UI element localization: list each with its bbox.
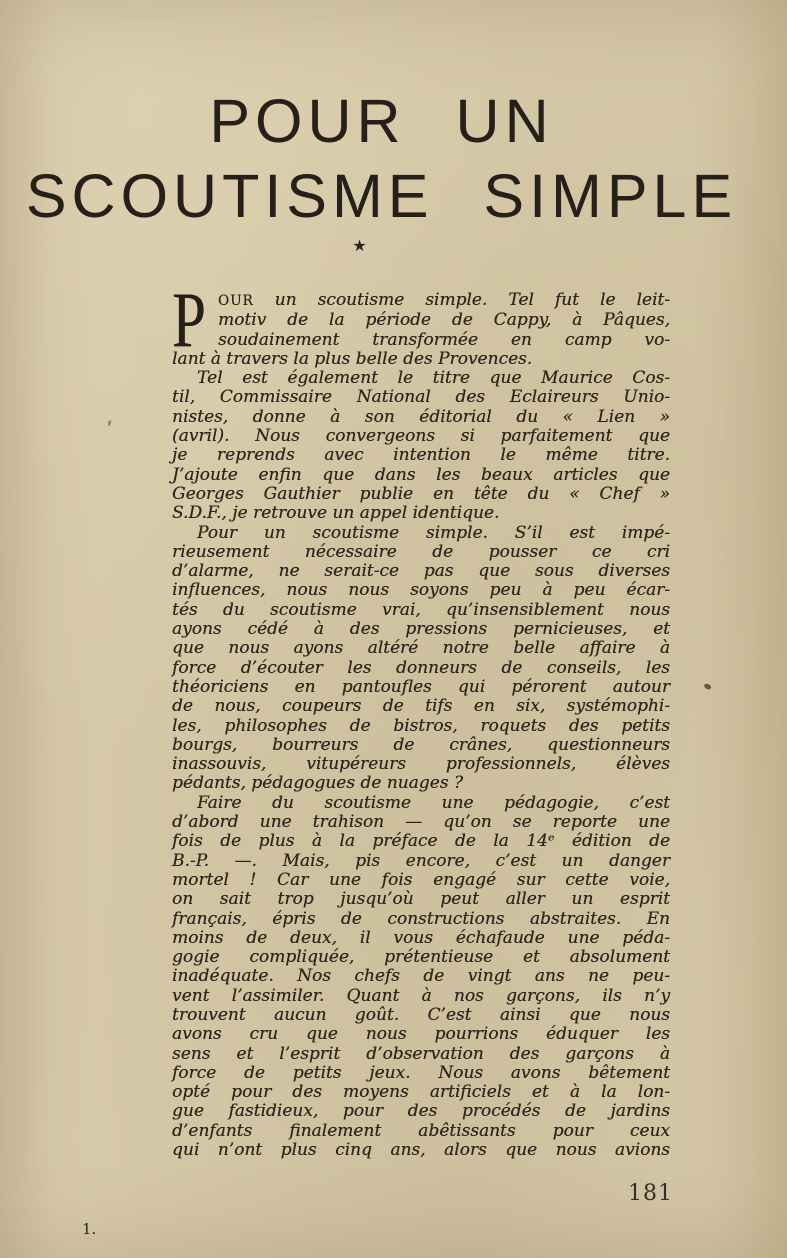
text-line: fois de plus à la préface de la 14ᵉ édit… bbox=[172, 832, 670, 851]
text-line: inassouvis, vitupéreurs professionnels, … bbox=[172, 755, 670, 774]
text-line: motiv de la période de Cappy, à Pâques, bbox=[172, 311, 670, 330]
text-line: on sait trop jusqu’où peut aller un espr… bbox=[172, 890, 670, 909]
text-line: trouvent aucun goût. C’est ainsi que nou… bbox=[172, 1006, 670, 1025]
paragraph: Pour un scoutisme simple. Tel fut le lei… bbox=[172, 291, 670, 369]
title-line-2: SCOUTISME SIMPLE bbox=[0, 159, 775, 234]
text-line: je reprends avec intention le même titre… bbox=[172, 446, 670, 465]
text-line: avons cru que nous pourrions éduquer les bbox=[172, 1025, 670, 1044]
text-line: nistes, donne à son éditorial du « Lien … bbox=[172, 408, 670, 427]
text-line: vent l’assimiler. Quant à nos garçons, i… bbox=[172, 987, 670, 1006]
text-line: rieusement nécessaire de pousser ce cri bbox=[172, 543, 670, 562]
text-line: force d’écouter les donneurs de conseils… bbox=[172, 659, 670, 678]
text-line: our un scoutisme simple. Tel fut le leit… bbox=[172, 291, 670, 311]
text-line: Georges Gauthier publie en tête du « Che… bbox=[172, 485, 670, 504]
text-line: influences, nous nous soyons peu à peu é… bbox=[172, 581, 670, 600]
paragraph: Tel est également le titre que Maurice C… bbox=[172, 369, 670, 523]
text-line: théoriciens en pantoufles qui pérorent a… bbox=[172, 678, 670, 697]
text-line: de nous, coupeurs de tifs en six, systém… bbox=[172, 697, 670, 716]
text-line: Pour un scoutisme simple. S’il est impé- bbox=[172, 524, 670, 543]
text-line: Faire du scoutisme une pédagogie, c’est bbox=[172, 794, 670, 813]
paragraph: Faire du scoutisme une pédagogie, c’estd… bbox=[172, 794, 670, 1161]
text-line: d’abord une trahison — qu’on se reporte … bbox=[172, 813, 670, 832]
text-line: qui n’ont plus cinq ans, alors que nous … bbox=[172, 1141, 670, 1160]
star-icon: ★ bbox=[0, 236, 753, 255]
signature-mark: 1. bbox=[82, 1220, 96, 1238]
page-number: 181 bbox=[628, 1181, 673, 1206]
text-line: S.D.F., je retrouve un appel identique. bbox=[172, 504, 670, 523]
drop-cap: P bbox=[172, 292, 203, 349]
text-line: moins de deux, il vous échafaude une péd… bbox=[172, 929, 670, 948]
text-line: (avril). Nous convergeons si parfaitemen… bbox=[172, 427, 670, 446]
small-caps-lead: our bbox=[218, 293, 254, 309]
text-line: opté pour des moyens artificiels et à la… bbox=[172, 1083, 670, 1102]
text-line: d’alarme, ne serait-ce pas que sous dive… bbox=[172, 562, 670, 581]
text-line: til, Commissaire National des Eclaireurs… bbox=[172, 388, 670, 407]
text-line: français, épris de constructions abstrai… bbox=[172, 910, 670, 929]
text-line: force de petits jeux. Nous avons bêtemen… bbox=[172, 1064, 670, 1083]
text-line: Tel est également le titre que Maurice C… bbox=[172, 369, 670, 388]
text-line: pédants, pédagogues de nuages ? bbox=[172, 774, 670, 793]
text-line: B.-P. —. Mais, pis encore, c’est un dang… bbox=[172, 852, 670, 871]
text-line: d’enfants finalement abêtissants pour ce… bbox=[172, 1122, 670, 1141]
text-line: sens et l’esprit d’observation des garço… bbox=[172, 1045, 670, 1064]
text-line: J’ajoute enfin que dans les beaux articl… bbox=[172, 466, 670, 485]
text-line: que nous ayons altéré notre belle affair… bbox=[172, 639, 670, 658]
paragraph: Pour un scoutisme simple. S’il est impé-… bbox=[172, 524, 670, 794]
text-line: gue fastidieux, pour des procédés de jar… bbox=[172, 1102, 670, 1121]
text-line: ayons cédé à des pressions pernicieuses,… bbox=[172, 620, 670, 639]
book-page: POUR UN SCOUTISME SIMPLE ★ Pour un scout… bbox=[0, 0, 787, 1258]
text-line: tés du scoutisme vrai, qu’insensiblement… bbox=[172, 601, 670, 620]
text-line: bourgs, bourreurs de crânes, questionneu… bbox=[172, 736, 670, 755]
text-line: mortel ! Car une fois engagé sur cette v… bbox=[172, 871, 670, 890]
text-line: inadéquate. Nos chefs de vingt ans ne pe… bbox=[172, 967, 670, 986]
text-line: gogie compliquée, prétentieuse et absolu… bbox=[172, 948, 670, 967]
page-title: POUR UN SCOUTISME SIMPLE bbox=[0, 84, 775, 234]
text-line: lant à travers la plus belle des Provenc… bbox=[172, 350, 670, 369]
body-text: Pour un scoutisme simple. Tel fut le lei… bbox=[172, 291, 670, 1160]
title-line-1: POUR UN bbox=[0, 84, 775, 159]
text-line: soudainement transformée en camp vo- bbox=[172, 331, 670, 350]
text-line: les, philosophes de bistros, roquets des… bbox=[172, 717, 670, 736]
